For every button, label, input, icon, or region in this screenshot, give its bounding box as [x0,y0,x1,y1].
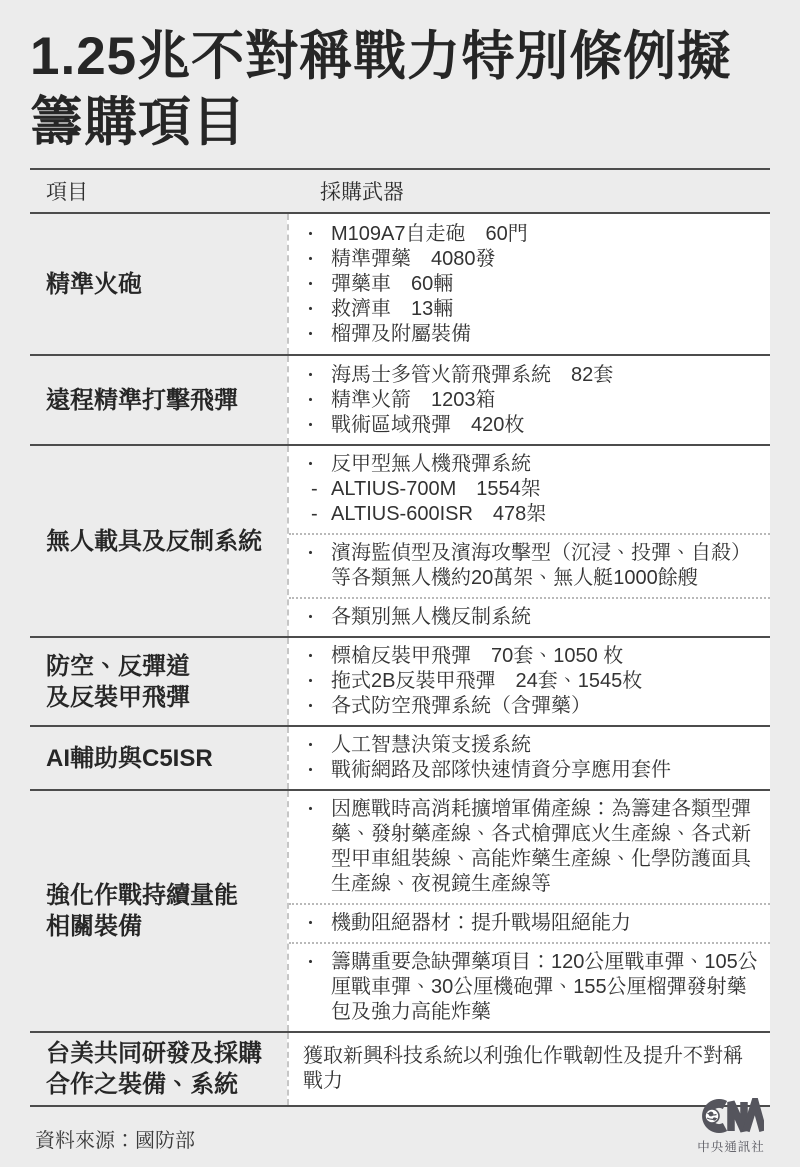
weapon-item: 彈藥車 60輛 [289,272,760,297]
table-row: AI輔助與C5ISR 人工智慧決策支援系統 戰術網路及部隊快速情資分享應用套件 [30,727,770,791]
weapon-item: 精準彈藥 4080發 [289,247,760,272]
weapon-group: 機動阻絕器材：提升戰場阻絕能力 [289,903,770,942]
table-row: 遠程精準打擊飛彈 海馬士多管火箭飛彈系統 82套 精準火箭 1203箱 戰術區域… [30,356,770,446]
row-label: 無人載具及反制系統 [30,446,287,636]
cna-caption: 中央通訊社 [695,1137,767,1155]
cna-logo: 中央通訊社 [695,1098,767,1155]
weapon-group: 各類別無人機反制系統 [289,597,770,636]
header-weapons-column: 採購武器 [287,176,770,206]
header-item-column: 項目 [30,176,287,206]
content-area: 1.25兆不對稱戰力特別條例擬籌購項目 項目 採購武器 精準火砲 M109A7自… [0,0,800,1107]
weapon-item: 戰術網路及部隊快速情資分享應用套件 [289,758,760,783]
weapon-group: 標槍反裝甲飛彈 70套、1050 枚 拖式2B反裝甲飛彈 24套、1545枚 各… [289,638,770,725]
weapon-item: 機動阻絕器材：提升戰場阻絕能力 [289,911,760,936]
row-content: 海馬士多管火箭飛彈系統 82套 精準火箭 1203箱 戰術區域飛彈 420枚 [287,356,770,444]
weapon-item: 標槍反裝甲飛彈 70套、1050 枚 [289,644,760,669]
table-row: 強化作戰持續量能 相關裝備 因應戰時高消耗擴增軍備產線：為籌建各類型彈藥、發射藥… [30,791,770,1033]
row-content: 因應戰時高消耗擴增軍備產線：為籌建各類型彈藥、發射藥產線、各式槍彈底火生產線、各… [287,791,770,1031]
table-row: 無人載具及反制系統 反甲型無人機飛彈系統 ALTIUS-700M 1554架 A… [30,446,770,638]
globe-icon [705,1109,719,1123]
table-row: 防空、反彈道 及反裝甲飛彈 標槍反裝甲飛彈 70套、1050 枚 拖式2B反裝甲… [30,638,770,727]
weapon-group: 籌購重要急缺彈藥項目：120公厘戰車彈、105公厘戰車彈、30公厘機砲彈、155… [289,942,770,1031]
row-label: 台美共同研發及採購 合作之裝備、系統 [30,1033,287,1105]
cna-logo-icon [698,1098,764,1136]
table-header-row: 項目 採購武器 [30,168,770,214]
weapon-item: 海馬士多管火箭飛彈系統 82套 [289,363,760,388]
table-row: 精準火砲 M109A7自走砲 60門 精準彈藥 4080發 彈藥車 60輛 救濟… [30,214,770,356]
weapon-item: M109A7自走砲 60門 [289,222,760,247]
row-content: M109A7自走砲 60門 精準彈藥 4080發 彈藥車 60輛 救濟車 13輛… [287,214,770,354]
footer: 資料來源：國防部 中央通訊社 [30,1096,770,1167]
weapon-item: 戰術區域飛彈 420枚 [289,413,760,438]
row-label: AI輔助與C5ISR [30,727,287,789]
weapon-subitem: ALTIUS-700M 1554架 [289,477,760,502]
weapon-group: 因應戰時高消耗擴增軍備產線：為籌建各類型彈藥、發射藥產線、各式槍彈底火生產線、各… [289,791,770,903]
weapon-item: 因應戰時高消耗擴增軍備產線：為籌建各類型彈藥、發射藥產線、各式槍彈底火生產線、各… [289,797,760,897]
weapon-item: 精準火箭 1203箱 [289,388,760,413]
infographic-page: 1.25兆不對稱戰力特別條例擬籌購項目 項目 採購武器 精準火砲 M109A7自… [0,0,800,1167]
procurement-table: 項目 採購武器 精準火砲 M109A7自走砲 60門 精準彈藥 4080發 彈藥… [30,168,770,1107]
weapon-item: 人工智慧決策支援系統 [289,733,760,758]
weapon-item: 各類別無人機反制系統 [289,605,760,630]
weapon-item: 各式防空飛彈系統（含彈藥） [289,694,760,719]
weapon-group: 獲取新興科技系統以利強化作戰韌性及提升不對稱戰力 [289,1033,770,1105]
weapon-item: 濱海監偵型及濱海攻擊型（沉浸、投彈、自殺）等各類無人機約20萬架、無人艇1000… [289,541,760,591]
row-content: 人工智慧決策支援系統 戰術網路及部隊快速情資分享應用套件 [287,727,770,789]
weapon-item: 救濟車 13輛 [289,297,760,322]
page-title: 1.25兆不對稱戰力特別條例擬籌購項目 [30,0,775,155]
row-label: 遠程精準打擊飛彈 [30,356,287,444]
weapon-item: 拖式2B反裝甲飛彈 24套、1545枚 [289,669,760,694]
weapon-item: 籌購重要急缺彈藥項目：120公厘戰車彈、105公厘戰車彈、30公厘機砲彈、155… [289,950,760,1025]
weapon-group: 人工智慧決策支援系統 戰術網路及部隊快速情資分享應用套件 [289,727,770,789]
row-content: 獲取新興科技系統以利強化作戰韌性及提升不對稱戰力 [287,1033,770,1105]
row-label: 精準火砲 [30,214,287,354]
weapon-group: 濱海監偵型及濱海攻擊型（沉浸、投彈、自殺）等各類無人機約20萬架、無人艇1000… [289,533,770,597]
weapon-subitem: ALTIUS-600ISR 478架 [289,502,760,527]
row-label: 防空、反彈道 及反裝甲飛彈 [30,638,287,725]
weapon-item: 反甲型無人機飛彈系統 [289,452,760,477]
weapon-group: 海馬士多管火箭飛彈系統 82套 精準火箭 1203箱 戰術區域飛彈 420枚 [289,356,770,444]
row-content: 標槍反裝甲飛彈 70套、1050 枚 拖式2B反裝甲飛彈 24套、1545枚 各… [287,638,770,725]
weapon-group: 反甲型無人機飛彈系統 ALTIUS-700M 1554架 ALTIUS-600I… [289,446,770,533]
weapon-group: M109A7自走砲 60門 精準彈藥 4080發 彈藥車 60輛 救濟車 13輛… [289,214,770,354]
row-label: 強化作戰持續量能 相關裝備 [30,791,287,1031]
weapon-item: 榴彈及附屬裝備 [289,322,760,347]
row-content: 反甲型無人機飛彈系統 ALTIUS-700M 1554架 ALTIUS-600I… [287,446,770,636]
source-note: 資料來源：國防部 [35,1124,195,1153]
weapon-item: 獲取新興科技系統以利強化作戰韌性及提升不對稱戰力 [289,1044,760,1094]
